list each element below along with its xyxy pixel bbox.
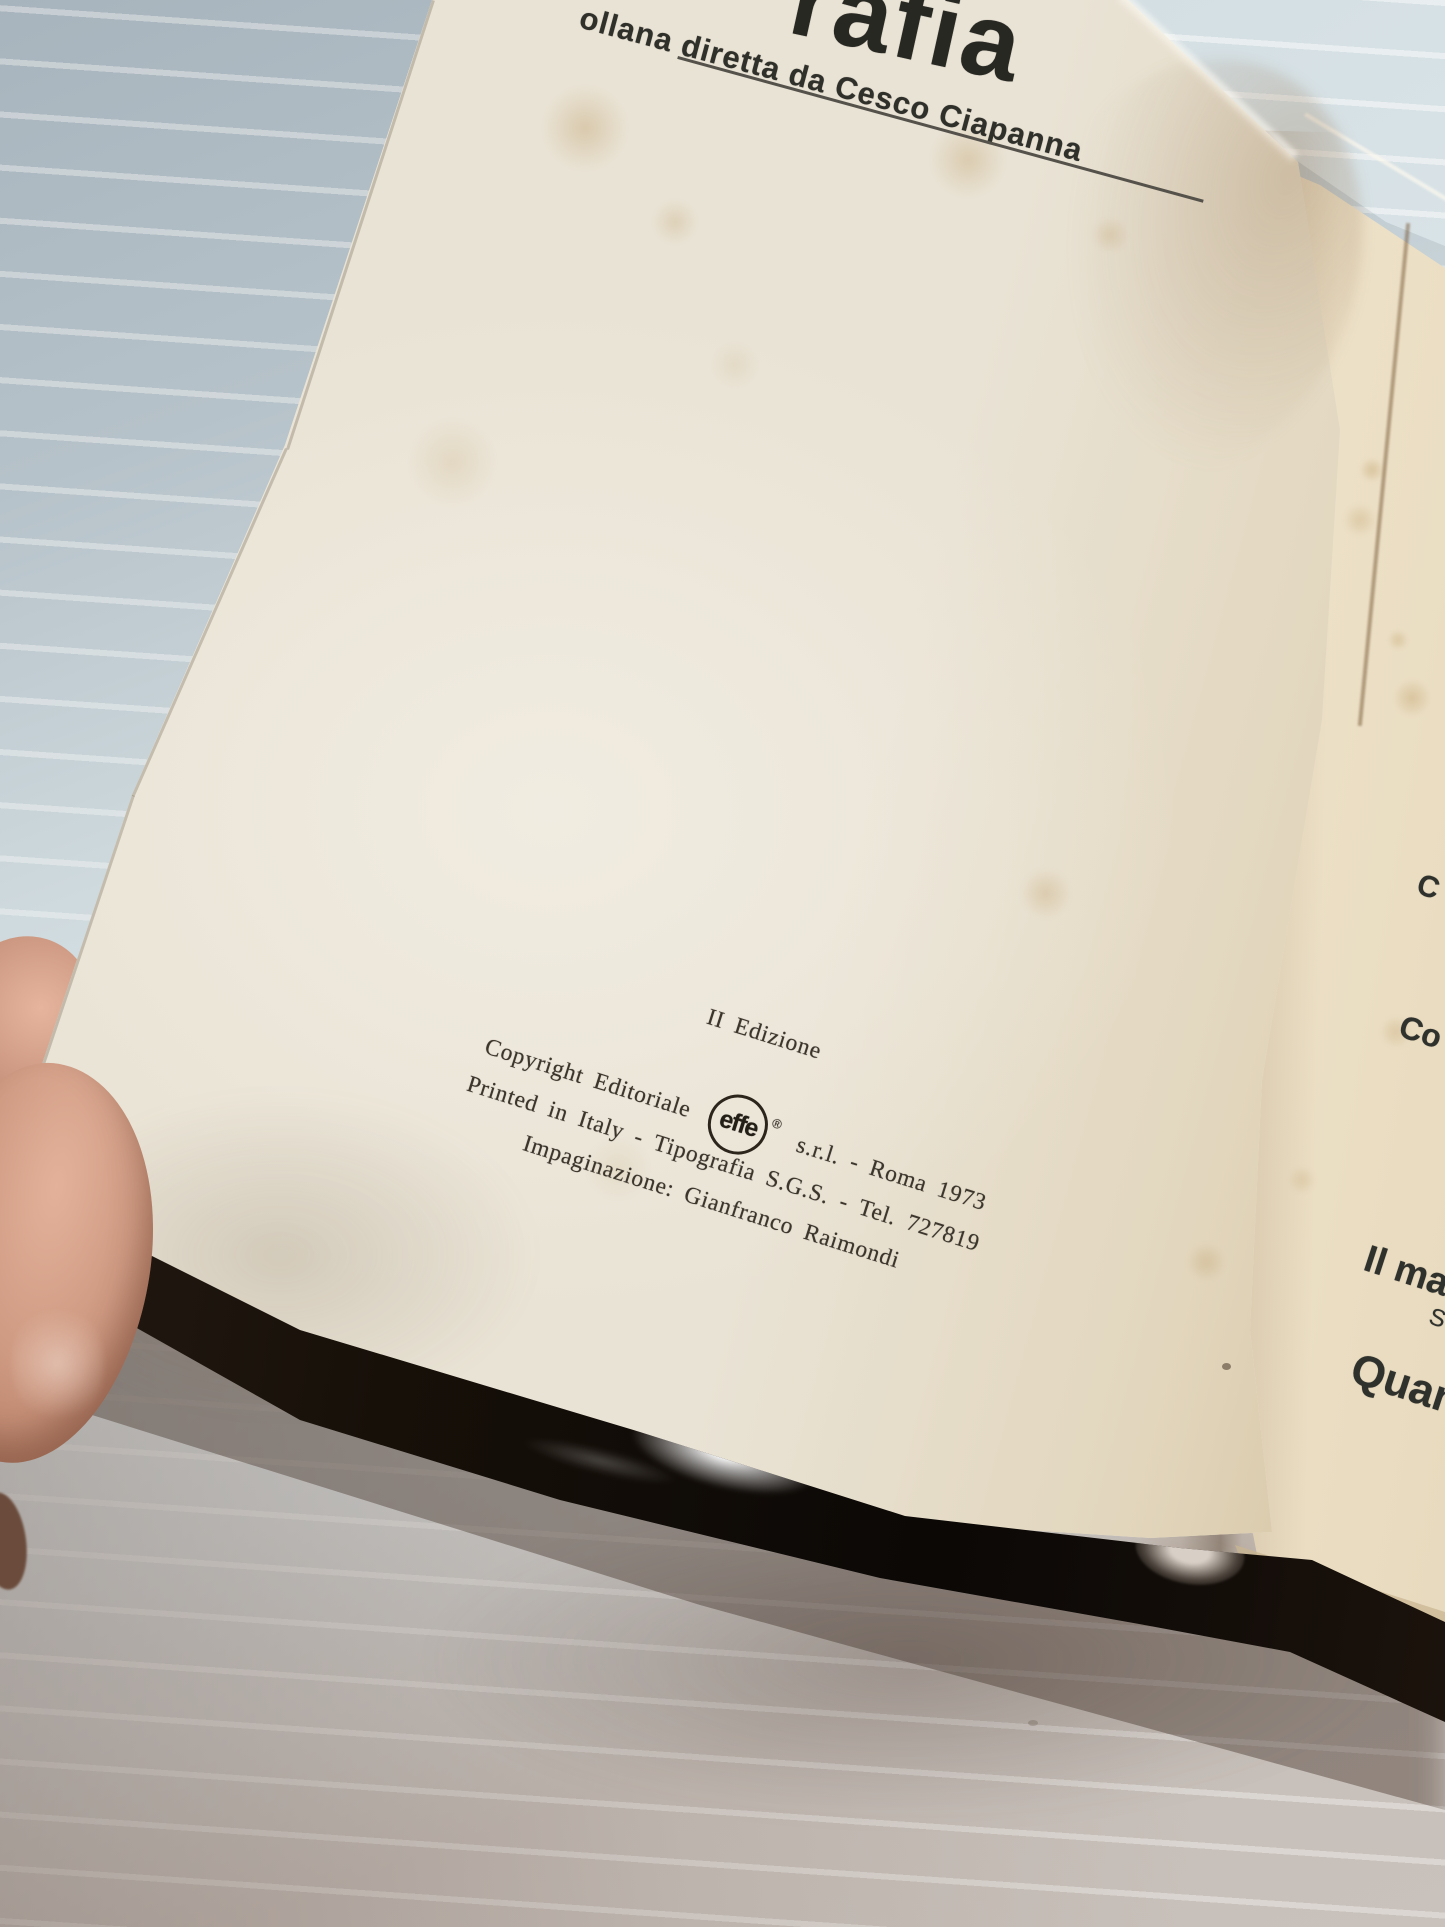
stain bbox=[1342, 502, 1378, 538]
stain bbox=[1359, 457, 1385, 483]
stain bbox=[1392, 678, 1432, 718]
stain bbox=[540, 83, 630, 173]
registered-mark: ® bbox=[770, 1115, 784, 1132]
thumb-nail-highlight bbox=[12, 1300, 104, 1428]
stain bbox=[405, 415, 500, 510]
stain bbox=[651, 198, 699, 246]
photo-canvas: rafia ollana diretta da Cesco Ciapanna I… bbox=[0, 0, 1445, 1927]
speck bbox=[1222, 1363, 1231, 1370]
speck bbox=[1028, 1720, 1038, 1726]
stain bbox=[1387, 629, 1409, 651]
stain bbox=[1090, 215, 1130, 255]
stain bbox=[1185, 1241, 1227, 1283]
stain bbox=[1287, 1165, 1317, 1195]
effe-logo-text: effe bbox=[716, 1104, 761, 1142]
stain bbox=[1018, 866, 1073, 921]
stain bbox=[710, 340, 760, 390]
